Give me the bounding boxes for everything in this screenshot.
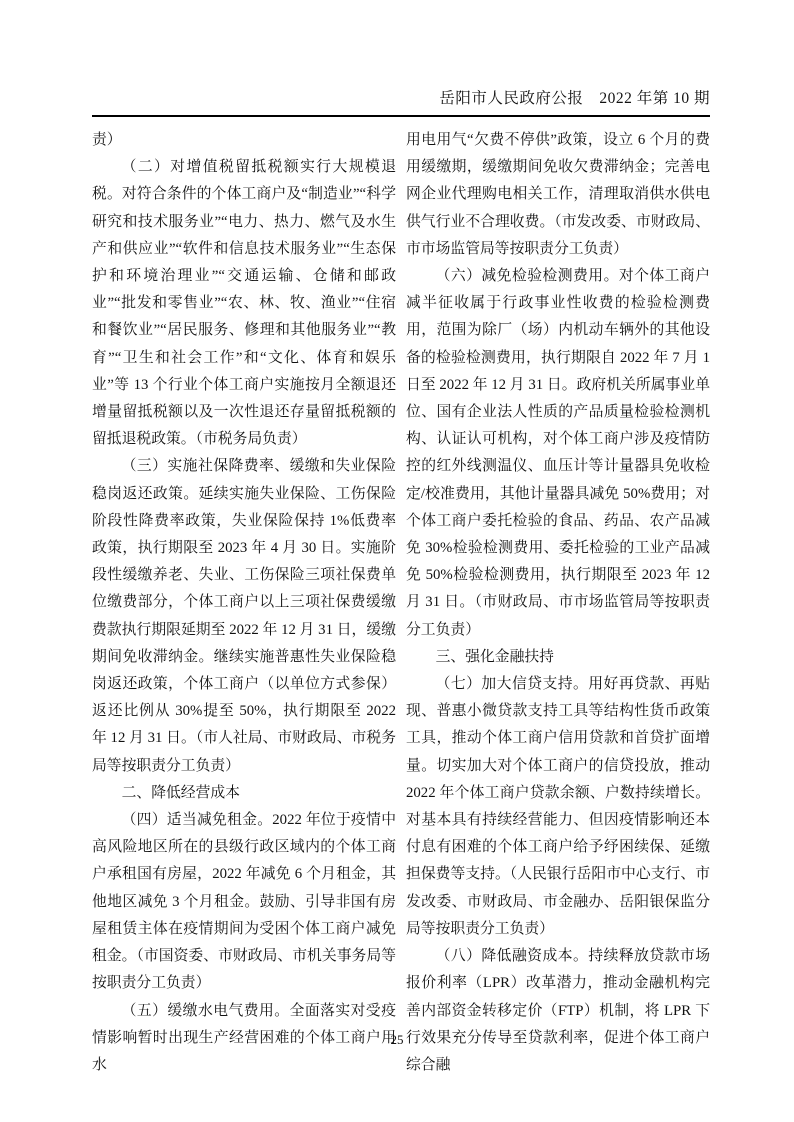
paragraph: 责） [92, 127, 396, 154]
page-footer: 25 [0, 1032, 794, 1048]
paragraph: 三、强化金融扶持 [406, 644, 710, 671]
paragraph: （二）对增值税留抵税额实行大规模退税。对符合条件的个体工商户及“制造业”“科学研… [92, 154, 396, 453]
page-header: 岳阳市人民政府公报 2022 年第 10 期 [92, 86, 710, 117]
gazette-title: 岳阳市人民政府公报 2022 年第 10 期 [439, 90, 710, 107]
page-number: 25 [391, 1032, 404, 1047]
paragraph: （三）实施社保降费率、缓缴和失业保险稳岗返还政策。延续实施失业保险、工伤保险阶段… [92, 453, 396, 779]
paragraph: 用电用气“欠费不停供”政策，设立 6 个月的费用缓缴期，缓缴期间免收欠费滞纳金；… [406, 127, 710, 263]
right-column: 用电用气“欠费不停供”政策，设立 6 个月的费用缓缴期，缓缴期间免收欠费滞纳金；… [406, 127, 710, 1079]
paragraph: （六）减免检验检测费用。对个体工商户减半征收属于行政事业性收费的检验检测费用，范… [406, 263, 710, 644]
paragraph: （八）降低融资成本。持续释放贷款市场报价利率（LPR）改革潜力，推动金融机构完善… [406, 943, 710, 1079]
two-column-body: 责）（二）对增值税留抵税额实行大规模退税。对符合条件的个体工商户及“制造业”“科… [92, 127, 710, 1079]
paragraph: （七）加大信贷支持。用好再贷款、再贴现、普惠小微贷款支持工具等结构性货币政策工具… [406, 671, 710, 943]
left-column: 责）（二）对增值税留抵税额实行大规模退税。对符合条件的个体工商户及“制造业”“科… [92, 127, 396, 1079]
gazette-page: 岳阳市人民政府公报 2022 年第 10 期 责）（二）对增值税留抵税额实行大规… [0, 0, 794, 1122]
paragraph: （四）适当减免租金。2022 年位于疫情中高风险地区所在的县级行政区域内的个体工… [92, 807, 396, 997]
paragraph: 二、降低经营成本 [92, 780, 396, 807]
